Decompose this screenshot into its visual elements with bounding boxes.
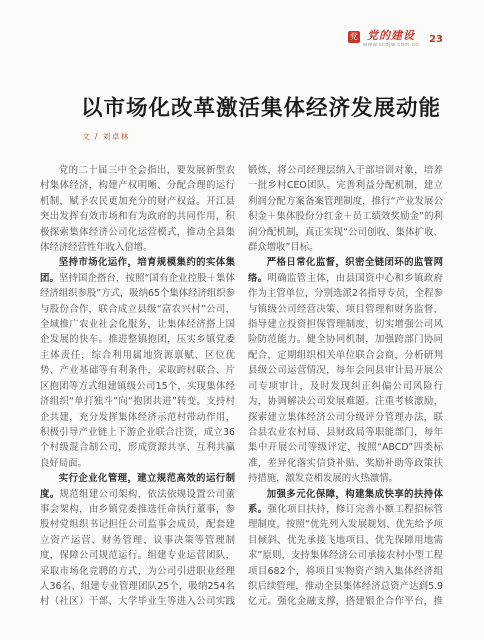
paragraph-text: 党的二十届三中全会指出，要发展新型农村集体经济，构建产权明晰、分配合理的运行机制…: [40, 165, 235, 253]
page-number: 23: [429, 34, 443, 45]
page-header: 党 党的建设 www.scdjw.com.cn 23: [40, 28, 443, 50]
paragraph-intro: 党的二十届三中全会指出，要发展新型农村集体经济，构建产权明晰、分配合理的运行机制…: [40, 163, 235, 255]
magazine-page: 党 党的建设 www.scdjw.com.cn 23 以市场化改革激活集体经济发…: [0, 0, 484, 640]
brand-url: www.scdjw.com.cn: [363, 42, 419, 48]
paragraph-text: 坚持国企搭台，按照“国有企业控股＋集体经济组织参股”方式，吸纳65个集体经济组织…: [40, 273, 235, 469]
article-byline: 文 / 刘卓林: [82, 131, 443, 142]
brand-script-logo: 党的建设: [367, 30, 415, 41]
article-title: 以市场化改革激活集体经济发展动能: [40, 96, 441, 122]
article-body: 党的二十届三中全会指出，要发展新型农村集体经济，构建产权明晰、分配合理的运行机制…: [40, 163, 443, 621]
paragraph-daily-supervision: 严格日常化监督，织密全链闭环的监管网络。明确监管主体，由县国资中心和乡镇政府作为…: [248, 255, 443, 486]
brand-logo: 党 党的建设 www.scdjw.com.cn: [348, 30, 419, 48]
paragraph-text: 明确监管主体，由县国资中心和乡镇政府作为主管单位，分别选派2名指导专员，全程参与…: [248, 273, 443, 484]
brand-seal-icon: 党: [348, 31, 360, 43]
brand-text-block: 党的建设 www.scdjw.com.cn: [363, 30, 419, 48]
paragraph-market-operation: 坚持市场化运作，培育规模集约的实体集团。坚持国企搭台，按照“国有企业控股＋集体经…: [40, 255, 235, 471]
